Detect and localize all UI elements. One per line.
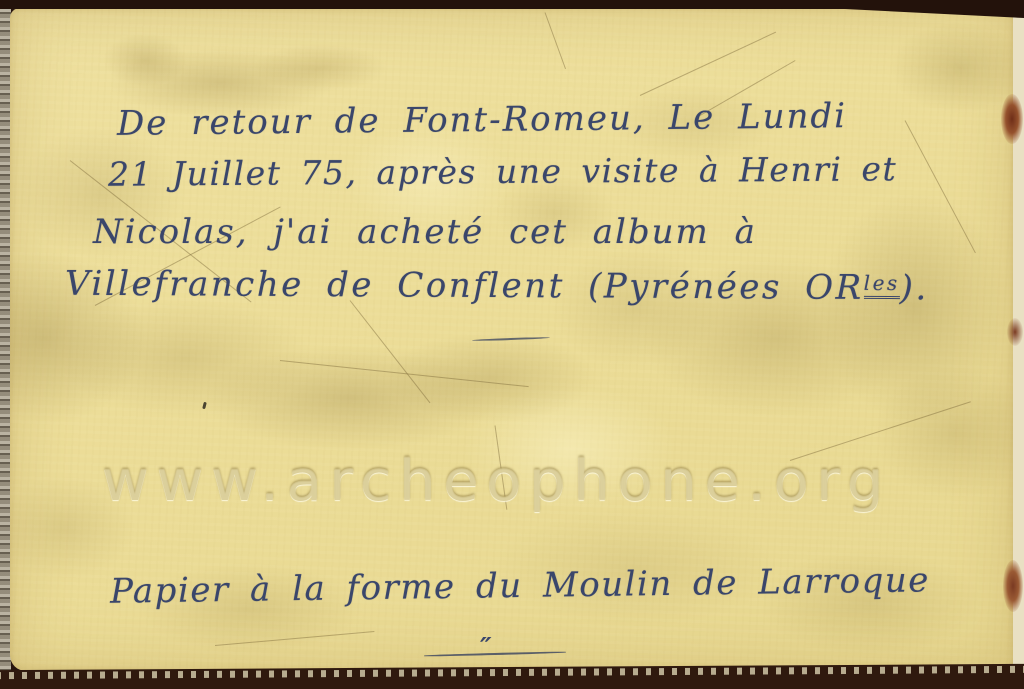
end-flourish-ditto-mark: ″	[480, 633, 492, 663]
handwritten-line-1: De retour de Font-Romeu, Le Lundi	[117, 96, 847, 144]
handwritten-line-4-closing: ).	[900, 268, 929, 308]
binding-thread-hole	[1003, 560, 1023, 612]
handwritten-line-2: 21 Juillet 75, après une visite à Henri …	[108, 149, 897, 194]
watermark-text: www.archeophone.org	[102, 448, 891, 514]
handwritten-line-4-text: Villefranche de Conflent (Pyrénées OR	[65, 264, 864, 308]
end-flourish-line	[424, 651, 566, 656]
album-binding-top-edge	[0, 0, 1024, 9]
handwritten-end-flourish: ″	[424, 640, 566, 664]
binding-thread-hole	[1001, 94, 1023, 144]
binding-thread-hole	[1007, 318, 1023, 346]
handwritten-line-3: Nicolas, j'ai acheté cet album à	[93, 212, 757, 252]
handwritten-superscript-les: les	[864, 271, 900, 299]
handwritten-line-4: Villefranche de Conflent (Pyrénées ORles…	[65, 264, 929, 309]
album-page-photo: De retour de Font-Romeu, Le Lundi 21 Jui…	[0, 0, 1024, 689]
